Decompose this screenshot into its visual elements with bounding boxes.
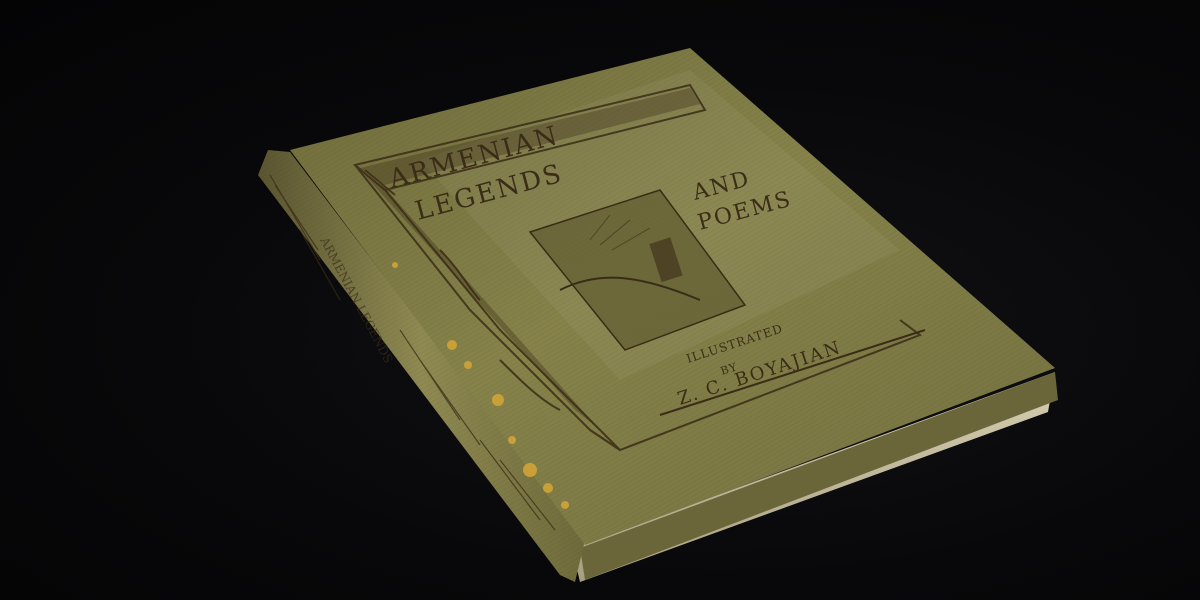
book-photo: ARMENIAN LEGENDS ARMENIAN LEGENDS AND PO… bbox=[0, 0, 1200, 600]
